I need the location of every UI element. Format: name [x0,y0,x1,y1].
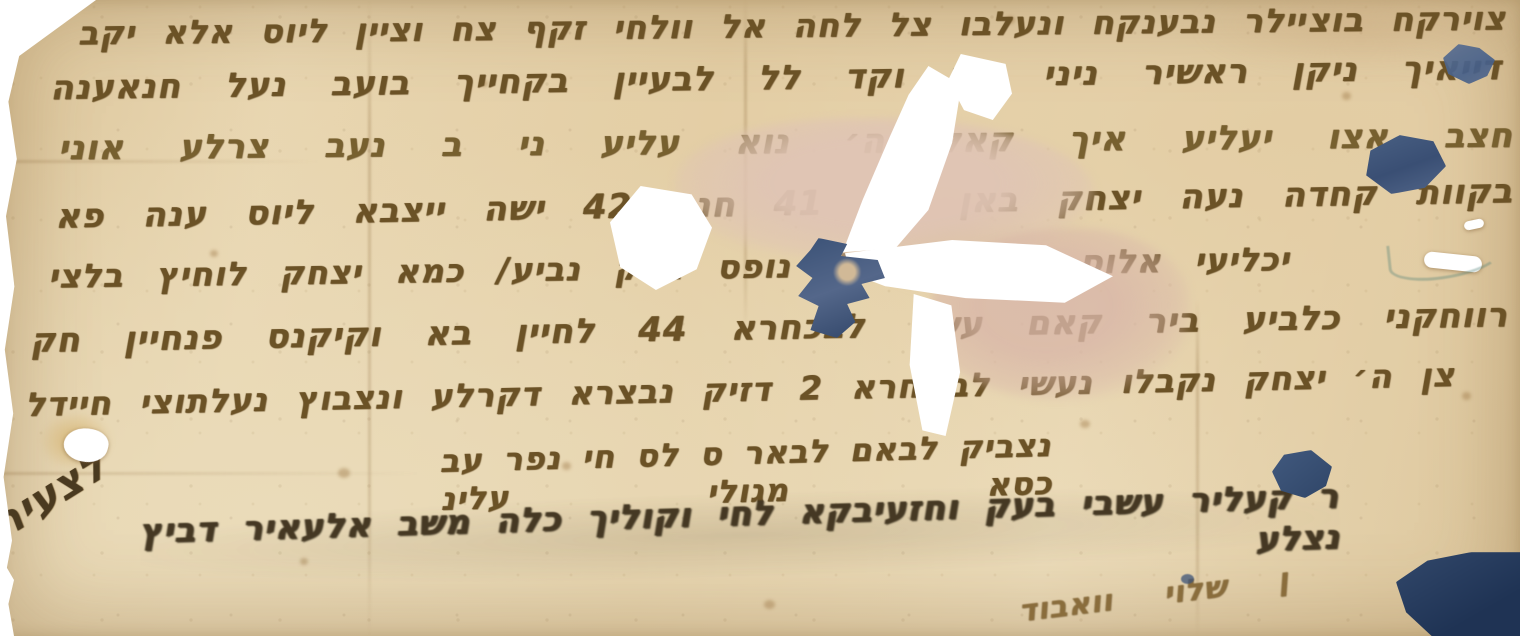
foxing-spot [1342,92,1351,100]
manuscript-scan: צוירקח בוצײלר נבענקח ונעלבו צל לחה אל וו… [0,0,1520,636]
foxing-spot [764,600,775,609]
foxing-spot [338,468,350,478]
blue-ink-speck [1181,574,1194,584]
foxing-spot [1080,420,1090,428]
foxing-spot [1462,392,1471,400]
